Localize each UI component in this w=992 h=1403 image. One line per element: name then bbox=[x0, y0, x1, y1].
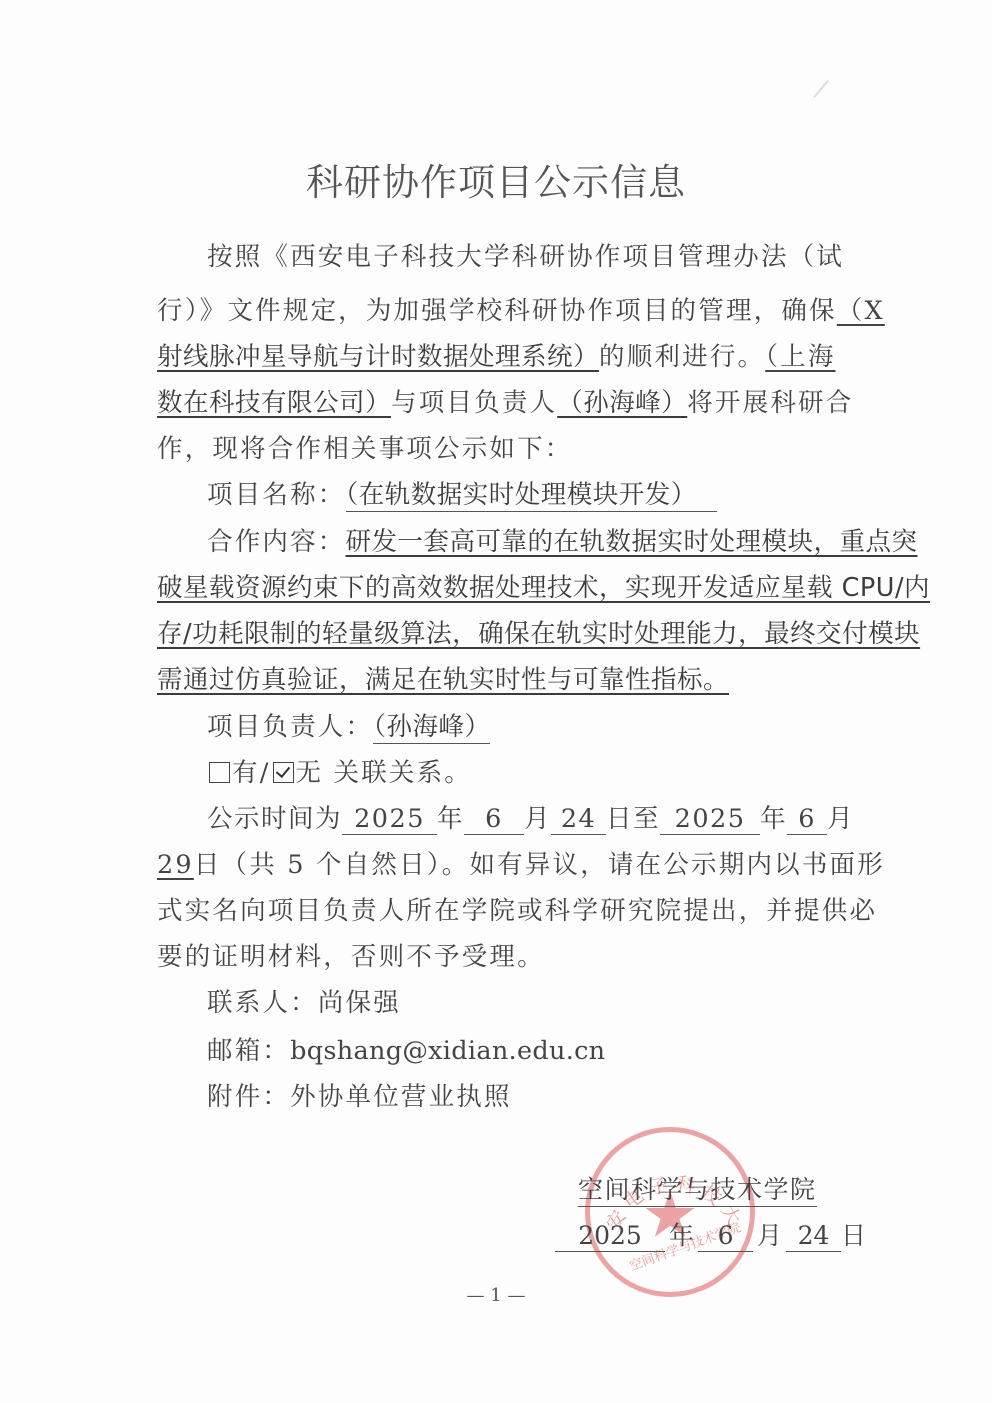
email-row: 邮箱：bqshang@xidian.edu.cn bbox=[207, 1034, 897, 1068]
intro-text: 的顺利进行。 bbox=[599, 342, 765, 372]
leader-inline: （孙海峰） bbox=[557, 388, 687, 418]
company-start: （上海 bbox=[765, 342, 835, 372]
scan-mark bbox=[813, 80, 829, 98]
cooperation-row-2: 破星载资源约束下的高效数据处理技术，实现开发适应星载 CPU/内 bbox=[157, 571, 847, 605]
intro-line-2: 行）》文件规定，为加强学校科研协作项目的管理，确保（X bbox=[157, 294, 847, 328]
intro-text: 行）》文件规定，为加强学校科研协作项目的管理，确保 bbox=[157, 296, 837, 326]
email-label: 邮箱： bbox=[207, 1036, 290, 1066]
signature-month-unit: 月 bbox=[757, 1221, 782, 1250]
cooperation-row-1: 合作内容：研发一套高可靠的在轨数据实时处理模块，重点突 bbox=[207, 525, 897, 559]
intro-text: 与项目负责人 bbox=[391, 388, 557, 418]
cooperation-label: 合作内容： bbox=[207, 527, 346, 557]
publicity-prefix: 公示时间为 bbox=[207, 804, 342, 834]
end-year: 2025 bbox=[660, 804, 760, 835]
day-unit-to: 日至 bbox=[606, 804, 660, 834]
signature-month: 6 bbox=[698, 1221, 753, 1252]
project-title-rest: 射线脉冲星导航与计时数据处理系统） bbox=[157, 342, 599, 372]
relation-row: 有/无 关联关系。 bbox=[207, 756, 897, 790]
cooperation-text: 存/功耗限制的轻量级算法，确保在轨实时处理能力，最终交付模块 bbox=[157, 619, 920, 649]
signature-org: 空间科学与技术学院 bbox=[578, 1170, 817, 1207]
project-name-value: （在轨数据实时处理模块开发） bbox=[346, 480, 717, 512]
signature-day-unit: 日 bbox=[841, 1221, 866, 1250]
project-name-row: 项目名称：（在轨数据实时处理模块开发） bbox=[207, 478, 897, 512]
cooperation-text: 研发一套高可靠的在轨数据实时处理模块，重点突 bbox=[346, 527, 918, 557]
start-year: 2025 bbox=[342, 804, 437, 835]
relation-no-checkbox[interactable] bbox=[273, 762, 294, 783]
email-value[interactable]: bqshang@xidian.edu.cn bbox=[290, 1036, 605, 1066]
official-stamp: 安电子科技大 ★ 空间科学与技术学院 bbox=[585, 1127, 755, 1297]
contact-value: 尚保强 bbox=[318, 988, 401, 1018]
end-month: 6 bbox=[787, 804, 827, 835]
cooperation-text: 破星载资源约束下的高效数据处理技术，实现开发适应星载 CPU/内 bbox=[157, 573, 930, 603]
signature-year: 2025 bbox=[555, 1221, 665, 1252]
month-unit: 月 bbox=[524, 804, 551, 834]
cooperation-text: 需通过仿真验证，满足在轨实时性与可靠性指标。 bbox=[157, 665, 729, 695]
intro-text: 作，现将合作相关事项公示如下： bbox=[157, 434, 573, 464]
page-title: 科研协作项目公示信息 bbox=[0, 152, 992, 206]
year-unit: 年 bbox=[437, 804, 464, 834]
intro-line-1: 按照《西安电子科技大学科研协作项目管理办法（试 bbox=[207, 240, 897, 274]
document-page: 科研协作项目公示信息 按照《西安电子科技大学科研协作项目管理办法（试 行）》文件… bbox=[0, 0, 992, 1403]
start-month: 6 bbox=[464, 804, 524, 835]
attachment-row: 附件：外协单位营业执照 bbox=[207, 1080, 897, 1114]
start-day: 24 bbox=[551, 804, 606, 835]
month-unit: 月 bbox=[827, 804, 854, 834]
signature-date: 2025年6月24日 bbox=[555, 1216, 866, 1252]
attachment-value: 外协单位营业执照 bbox=[290, 1082, 512, 1112]
intro-text: 将开展科研合 bbox=[687, 388, 853, 418]
project-name-label: 项目名称： bbox=[207, 480, 346, 510]
publicity-text: 式实名向项目负责人所在学院或科学研究院提出，并提供必 bbox=[157, 896, 877, 926]
publicity-row-3: 式实名向项目负责人所在学院或科学研究院提出，并提供必 bbox=[157, 894, 847, 928]
leader-label: 项目负责人： bbox=[207, 712, 373, 742]
cooperation-row-4: 需通过仿真验证，满足在轨实时性与可靠性指标。 bbox=[157, 663, 847, 697]
project-title-start: （X bbox=[837, 296, 885, 326]
publicity-row-1: 公示时间为2025年6月24日至2025年6月 bbox=[207, 802, 897, 836]
publicity-row-2: 29日（共 5 个自然日）。如有异议，请在公示期内以书面形 bbox=[157, 848, 847, 882]
relation-suffix: 关联关系。 bbox=[323, 758, 472, 788]
relation-yes-checkbox[interactable] bbox=[209, 762, 230, 783]
contact-row: 联系人：尚保强 bbox=[207, 986, 897, 1020]
intro-line-5: 作，现将合作相关事项公示如下： bbox=[157, 432, 847, 466]
year-unit: 年 bbox=[760, 804, 787, 834]
publicity-text: 日（共 5 个自然日）。如有异议，请在公示期内以书面形 bbox=[194, 850, 885, 880]
relation-yes-label: 有/ bbox=[232, 758, 271, 788]
intro-text: 按照《西安电子科技大学科研协作项目管理办法（试 bbox=[207, 242, 844, 272]
relation-no-label: 无 bbox=[296, 758, 324, 788]
contact-label: 联系人： bbox=[207, 988, 318, 1018]
company-rest: 数在科技有限公司） bbox=[157, 388, 391, 418]
attachment-label: 附件： bbox=[207, 1082, 290, 1112]
leader-value: （孙海峰） bbox=[373, 712, 490, 744]
end-day: 29 bbox=[157, 850, 194, 880]
intro-line-3: 射线脉冲星导航与计时数据处理系统）的顺利进行。（上海 bbox=[157, 340, 847, 374]
cooperation-row-3: 存/功耗限制的轻量级算法，确保在轨实时处理能力，最终交付模块 bbox=[157, 617, 847, 651]
page-number: — 1 — bbox=[0, 1285, 992, 1306]
publicity-row-4: 要的证明材料，否则不予受理。 bbox=[157, 940, 847, 974]
publicity-text: 要的证明材料，否则不予受理。 bbox=[157, 942, 545, 972]
signature-year-unit: 年 bbox=[669, 1221, 694, 1250]
leader-row: 项目负责人：（孙海峰） bbox=[207, 710, 897, 744]
signature-day: 24 bbox=[786, 1221, 841, 1252]
intro-line-4: 数在科技有限公司）与项目负责人（孙海峰）将开展科研合 bbox=[157, 386, 847, 420]
